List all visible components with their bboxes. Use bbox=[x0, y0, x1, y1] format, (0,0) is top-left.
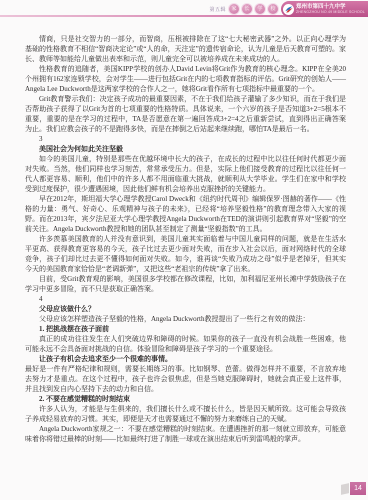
paragraph: 性格教育的追随者，美国KIPP学校的创办人David Levin将Grit作为教… bbox=[25, 64, 346, 94]
sub-heading: 1. 把挑战摆在孩子面前 bbox=[25, 324, 346, 334]
section-number: 4 bbox=[25, 294, 346, 304]
quote-line: 让孩子有机会去追求至少一个很难的事情。 bbox=[25, 354, 346, 364]
school-badge: 郑州市第四十九中学 ZHENGZHOU NO.49 MIDDLE SCHOOL bbox=[281, 1, 368, 17]
paragraph: 父母应该怎样塑造孩子坚毅的性格，Angela Duckworth教授提出了一些行… bbox=[25, 314, 346, 324]
header-badge-1: 家 bbox=[229, 4, 239, 14]
paragraph: 情商，只是社交智力的一部分，而智商，压根被排除在了这“七大秘密武器”之外。以正向… bbox=[25, 34, 346, 64]
content: 情商，只是社交智力的一部分，而智商，压根被排除在了这“七大秘密武器”之外。以正向… bbox=[25, 34, 346, 444]
paragraph: 许多羡慕美国教育的人并没有意识到，美国儿童其实面临着与中国儿童同样的问题，就是在… bbox=[25, 234, 346, 274]
series-label: 第五辑 bbox=[209, 6, 226, 13]
sub-heading: 2. 不要在感觉糟糕的时刻结束 bbox=[25, 394, 346, 404]
section-heading: 父母应该做什么？ bbox=[25, 304, 346, 314]
paragraph: 早在2012年，斯坦福大学心理学教授Carol Dweck和《纽约时代周刊》编辑… bbox=[25, 194, 346, 234]
page-number-badge: 14 bbox=[350, 482, 366, 495]
paragraph: 真正的成功往往发生在人们突破边界和障碍的时候。如果你的孩子一直没有机会战胜一些困… bbox=[25, 334, 346, 354]
header-right-cluster: 第五辑 家 长 学 校 郑州市第四十九中学 ZHENGZHOU NO.49 MI… bbox=[209, 1, 368, 17]
page-corner-decoration bbox=[341, 483, 349, 495]
paragraph: Angela Duckworth家规之一：不要在感觉糟糕的时刻结束。在遭遇挫折的… bbox=[25, 424, 346, 444]
paragraph: 如今的美国儿童，特别是那些在优越环境中长大的孩子，在成长的过程中比以往任何时代都… bbox=[25, 154, 346, 194]
section-heading: 美国社会为何如此关注坚毅 bbox=[25, 144, 346, 154]
paragraph: Grit教育警示我们：决定孩子成功的最重要因素，不在于我们给孩子灌输了多少知识，… bbox=[25, 94, 346, 134]
header-badge-4: 校 bbox=[268, 4, 278, 14]
paragraph: 最好是一件有严格纪律和规则，需要长期练习的事。比如钢琴、芭蕾。做得怎样并不重要，… bbox=[25, 364, 346, 394]
header-badge-3: 学 bbox=[255, 4, 265, 14]
page-header: 第五辑 家 长 学 校 郑州市第四十九中学 ZHENGZHOU NO.49 MI… bbox=[0, 0, 368, 22]
paragraph: 目前，受Grit教育观的影响，美国很多学校都在修改课程，比如，加利福尼亚州长滩中… bbox=[25, 274, 346, 294]
header-badge-2: 长 bbox=[242, 4, 252, 14]
school-subtitle: ZHENGZHOU NO.49 MIDDLE SCHOOL bbox=[296, 10, 365, 14]
school-logo-icon bbox=[283, 4, 294, 15]
paragraph: 许多人认为，才能是与生俱来的，我们擅长什么或不擅长什么，皆是因天赋所致。这可能会… bbox=[25, 404, 346, 424]
section-number: 3 bbox=[25, 134, 346, 144]
